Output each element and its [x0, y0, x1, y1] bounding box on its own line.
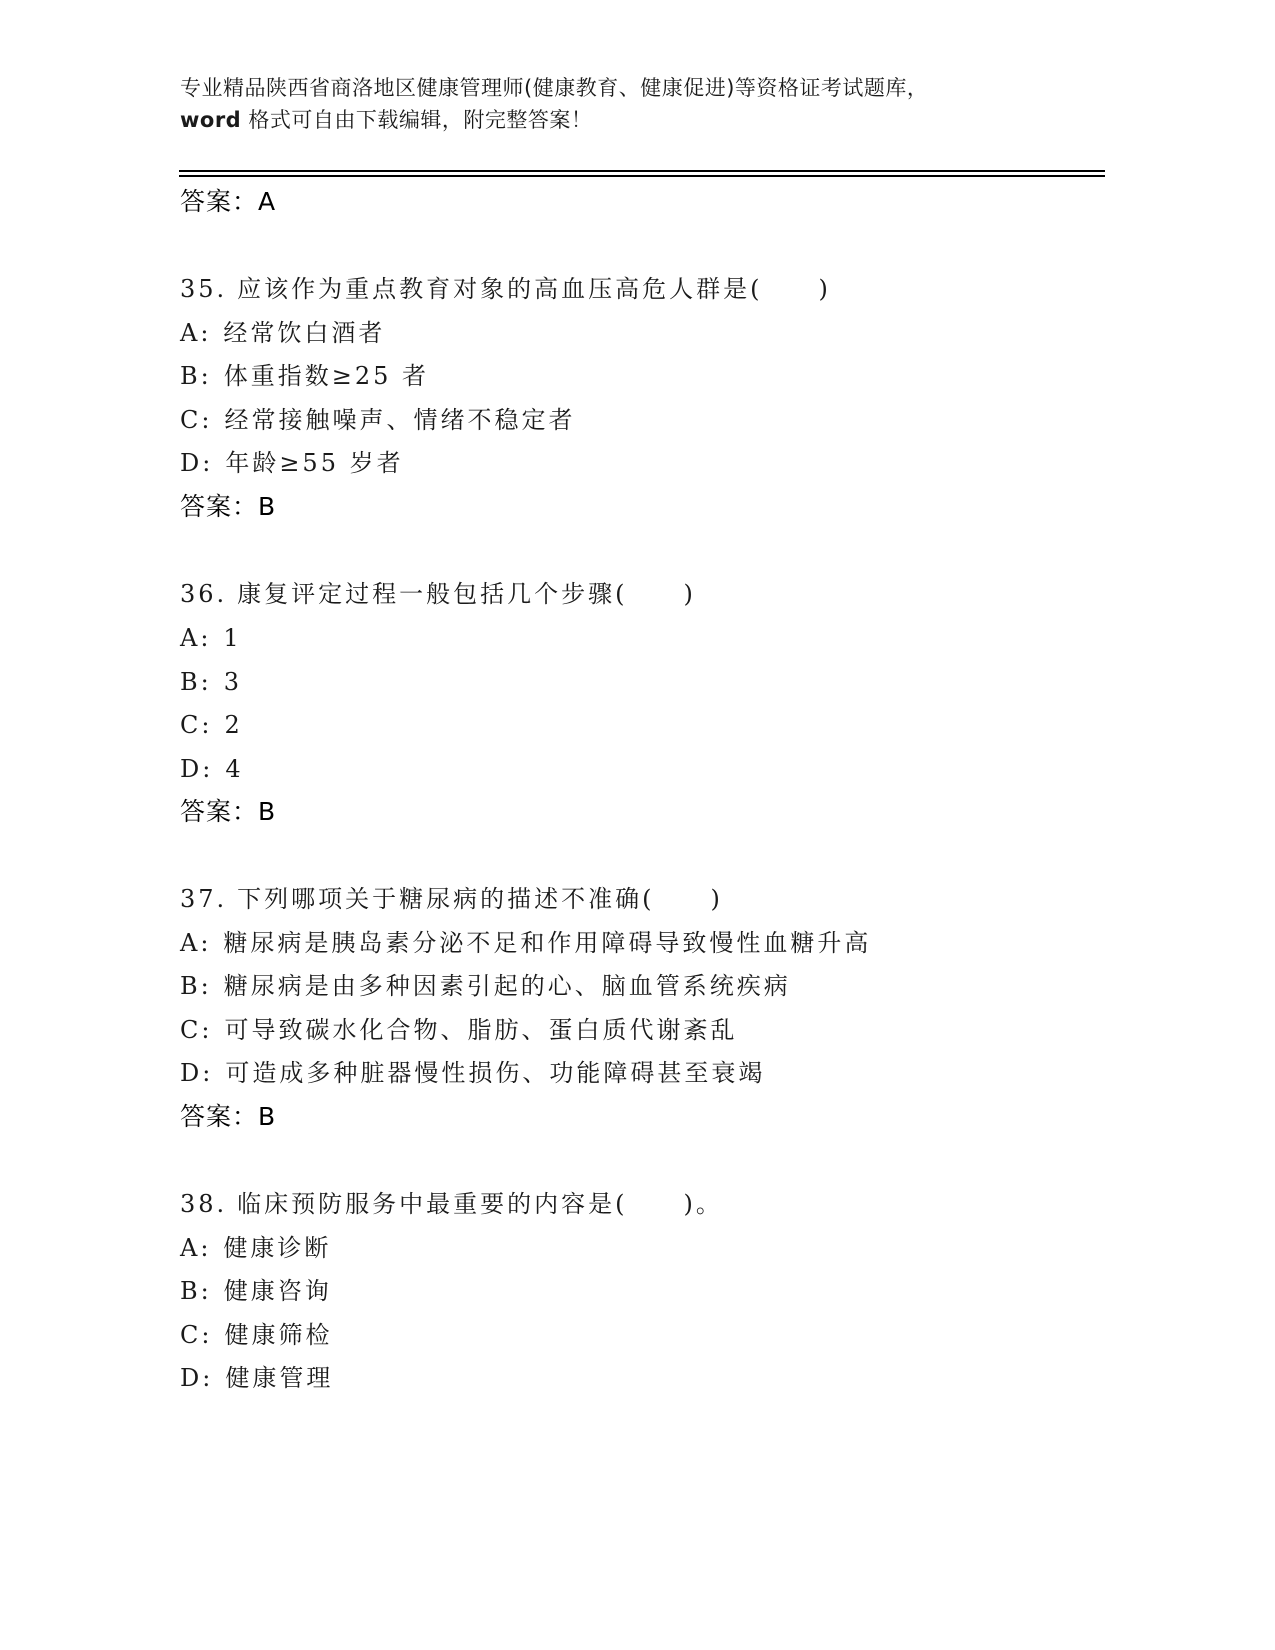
question-38-option-b: B:健康咨询	[180, 1276, 332, 1306]
header-subtitle-line: word 格式可自由下载编辑，附完整答案！	[180, 104, 1110, 136]
option-text: 健康咨询	[224, 1277, 332, 1305]
answer-label: 答案：	[180, 1102, 258, 1131]
option-key: A:	[180, 624, 211, 652]
option-key: C:	[180, 711, 212, 739]
question-text: 临床预防服务中最重要的内容是(	[237, 1190, 627, 1218]
question-number: 37.	[180, 885, 227, 913]
question-number: 36.	[180, 580, 227, 608]
option-key: B:	[180, 668, 212, 696]
option-text: 2	[224, 711, 242, 739]
option-text: 可导致碳水化合物、脂肪、蛋白质代谢紊乱	[224, 1016, 737, 1044]
question-36-answer: 答案：B	[180, 797, 276, 827]
answer-label: 答案：	[180, 492, 258, 521]
question-37-stem: 37.下列哪项关于糖尿病的描述不准确()	[180, 884, 723, 914]
question-paren-close: )	[684, 580, 696, 608]
question-35-option-c: C:经常接触噪声、情绪不稳定者	[180, 405, 575, 435]
question-36-option-d: D:4	[180, 754, 244, 784]
question-37-option-c: C:可导致碳水化合物、脂肪、蛋白质代谢紊乱	[180, 1015, 737, 1045]
question-paren-close: )	[711, 885, 723, 913]
previous-answer: 答案：A	[180, 187, 276, 217]
option-text: 糖尿病是由多种因素引起的心、脑血管系统疾病	[224, 972, 791, 1000]
option-text: 1	[223, 624, 241, 652]
option-text: 健康管理	[225, 1364, 333, 1392]
option-text: 糖尿病是胰岛素分泌不足和作用障碍导致慢性血糖升高	[223, 929, 871, 957]
option-key: A:	[180, 929, 211, 957]
option-key: B:	[180, 1277, 212, 1305]
option-text: 体重指数≥25 者	[224, 362, 429, 390]
option-key: D:	[180, 449, 213, 477]
question-36-option-c: C:2	[180, 710, 243, 740]
header-word-label: word	[180, 108, 241, 132]
option-key: A:	[180, 319, 211, 347]
question-37-option-a: A:糖尿病是胰岛素分泌不足和作用障碍导致慢性血糖升高	[180, 928, 871, 958]
question-37-option-b: B:糖尿病是由多种因素引起的心、脑血管系统疾病	[180, 971, 791, 1001]
answer-value: B	[258, 492, 276, 521]
question-35-option-a: A:经常饮白酒者	[180, 318, 385, 348]
option-key: B:	[180, 972, 212, 1000]
option-key: C:	[180, 1321, 212, 1349]
option-text: 经常饮白酒者	[223, 319, 385, 347]
header-subtitle-text: 格式可自由下载编辑，附完整答案！	[241, 108, 592, 132]
option-key: C:	[180, 406, 212, 434]
answer-label: 答案：	[180, 797, 258, 826]
option-key: C:	[180, 1016, 212, 1044]
question-text: 应该作为重点教育对象的高血压高危人群是(	[237, 275, 762, 303]
question-35-answer: 答案：B	[180, 492, 276, 522]
option-text: 经常接触噪声、情绪不稳定者	[224, 406, 575, 434]
question-35-option-b: B:体重指数≥25 者	[180, 361, 429, 391]
question-number: 35.	[180, 275, 227, 303]
answer-value: A	[258, 187, 276, 216]
question-paren-close: )	[819, 275, 831, 303]
option-text: 健康筛检	[224, 1321, 332, 1349]
option-text: 健康诊断	[223, 1234, 331, 1262]
question-38-option-a: A:健康诊断	[180, 1233, 331, 1263]
answer-label: 答案：	[180, 187, 258, 216]
option-key: A:	[180, 1234, 211, 1262]
option-key: B:	[180, 362, 212, 390]
header-divider-bottom	[179, 175, 1105, 177]
question-text: 下列哪项关于糖尿病的描述不准确(	[237, 885, 654, 913]
question-38-option-c: C:健康筛检	[180, 1320, 332, 1350]
question-text: 康复评定过程一般包括几个步骤(	[237, 580, 627, 608]
answer-value: B	[258, 1102, 276, 1131]
question-number: 38.	[180, 1190, 227, 1218]
option-text: 可造成多种脏器慢性损伤、功能障碍甚至衰竭	[225, 1059, 765, 1087]
question-37-answer: 答案：B	[180, 1102, 276, 1132]
option-key: D:	[180, 1059, 213, 1087]
document-page: 专业精品陕西省商洛地区健康管理师(健康教育、健康促进)等资格证考试题库， wor…	[0, 0, 1275, 1650]
option-text: 3	[224, 668, 242, 696]
option-text: 4	[225, 755, 243, 783]
header-title-line: 专业精品陕西省商洛地区健康管理师(健康教育、健康促进)等资格证考试题库，	[180, 72, 1110, 104]
question-38-stem: 38.临床预防服务中最重要的内容是()。	[180, 1189, 723, 1219]
question-35-stem: 35.应该作为重点教育对象的高血压高危人群是()	[180, 274, 831, 304]
question-36-option-a: A:1	[180, 623, 242, 653]
question-paren-close: )。	[684, 1190, 723, 1218]
question-37-option-d: D:可造成多种脏器慢性损伤、功能障碍甚至衰竭	[180, 1058, 765, 1088]
question-36-stem: 36.康复评定过程一般包括几个步骤()	[180, 579, 696, 609]
option-key: D:	[180, 1364, 213, 1392]
question-36-option-b: B:3	[180, 667, 242, 697]
option-key: D:	[180, 755, 213, 783]
option-text: 年龄≥55 岁者	[225, 449, 403, 477]
header-divider-top	[179, 170, 1105, 172]
document-header: 专业精品陕西省商洛地区健康管理师(健康教育、健康促进)等资格证考试题库， wor…	[180, 72, 1110, 136]
question-35-option-d: D:年龄≥55 岁者	[180, 448, 404, 478]
question-38-option-d: D:健康管理	[180, 1363, 333, 1393]
answer-value: B	[258, 797, 276, 826]
